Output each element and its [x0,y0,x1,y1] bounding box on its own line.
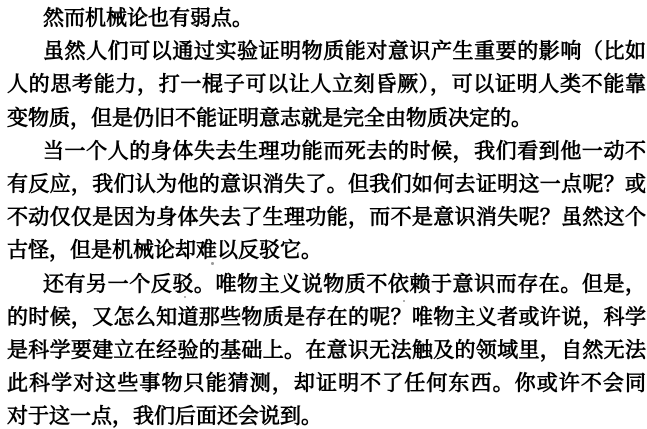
text-line: 还有另一个反驳。唯物主义说物质不依赖于意识而存在。但是，当人没有意识 [7,267,646,300]
text-line: 虽然人们可以通过实验证明物质能对意识产生重要的影响（比如脑萎缩会降低 [7,34,646,67]
text-line: 对于这一点，我们后面还会说到。 [7,399,646,429]
text-line: 变物质，但是仍旧不能证明意志就是完全由物质决定的。 [7,101,646,134]
text-line: 此科学对这些事物只能猜测，却证明不了任何东西。你或许不会同意，但没关系， [7,366,646,399]
text-line: 人的思考能力，打一棍子可以让人立刻昏厥），可以证明人类不能靠思想意念去改 [7,67,646,100]
text-line: 是科学要建立在经验的基础上。在意识无法触及的领域里，自然无法产生经验。因 [7,333,646,366]
body-text: 然而机械论也有弱点。 虽然人们可以通过实验证明物质能对意识产生重要的影响（比如脑… [7,1,646,429]
text-line: 不动仅仅是因为身体失去了生理功能，而不是意识消失呢？虽然这个假设感觉上很 [7,200,646,233]
scan-speck [211,262,214,265]
text-line: 有反应，我们认为他的意识消失了。但我们如何去证明这一点呢？或许这个人一动 [7,167,646,200]
document-page: 然而机械论也有弱点。 虽然人们可以通过实验证明物质能对意识产生重要的影响（比如脑… [0,0,647,429]
text-line: 当一个人的身体失去生理功能而死去的时候，我们看到他一动不动，对刺激没 [7,134,646,167]
scan-speck [184,296,186,298]
text-line: 然而机械论也有弱点。 [7,1,646,34]
scan-speck [403,300,405,302]
text-line: 的时候，又怎么知道那些物质是存在的呢？唯物主义者或许说，科学可以证明，但 [7,300,646,333]
text-line: 古怪，但是机械论却难以反驳它。 [7,233,646,266]
